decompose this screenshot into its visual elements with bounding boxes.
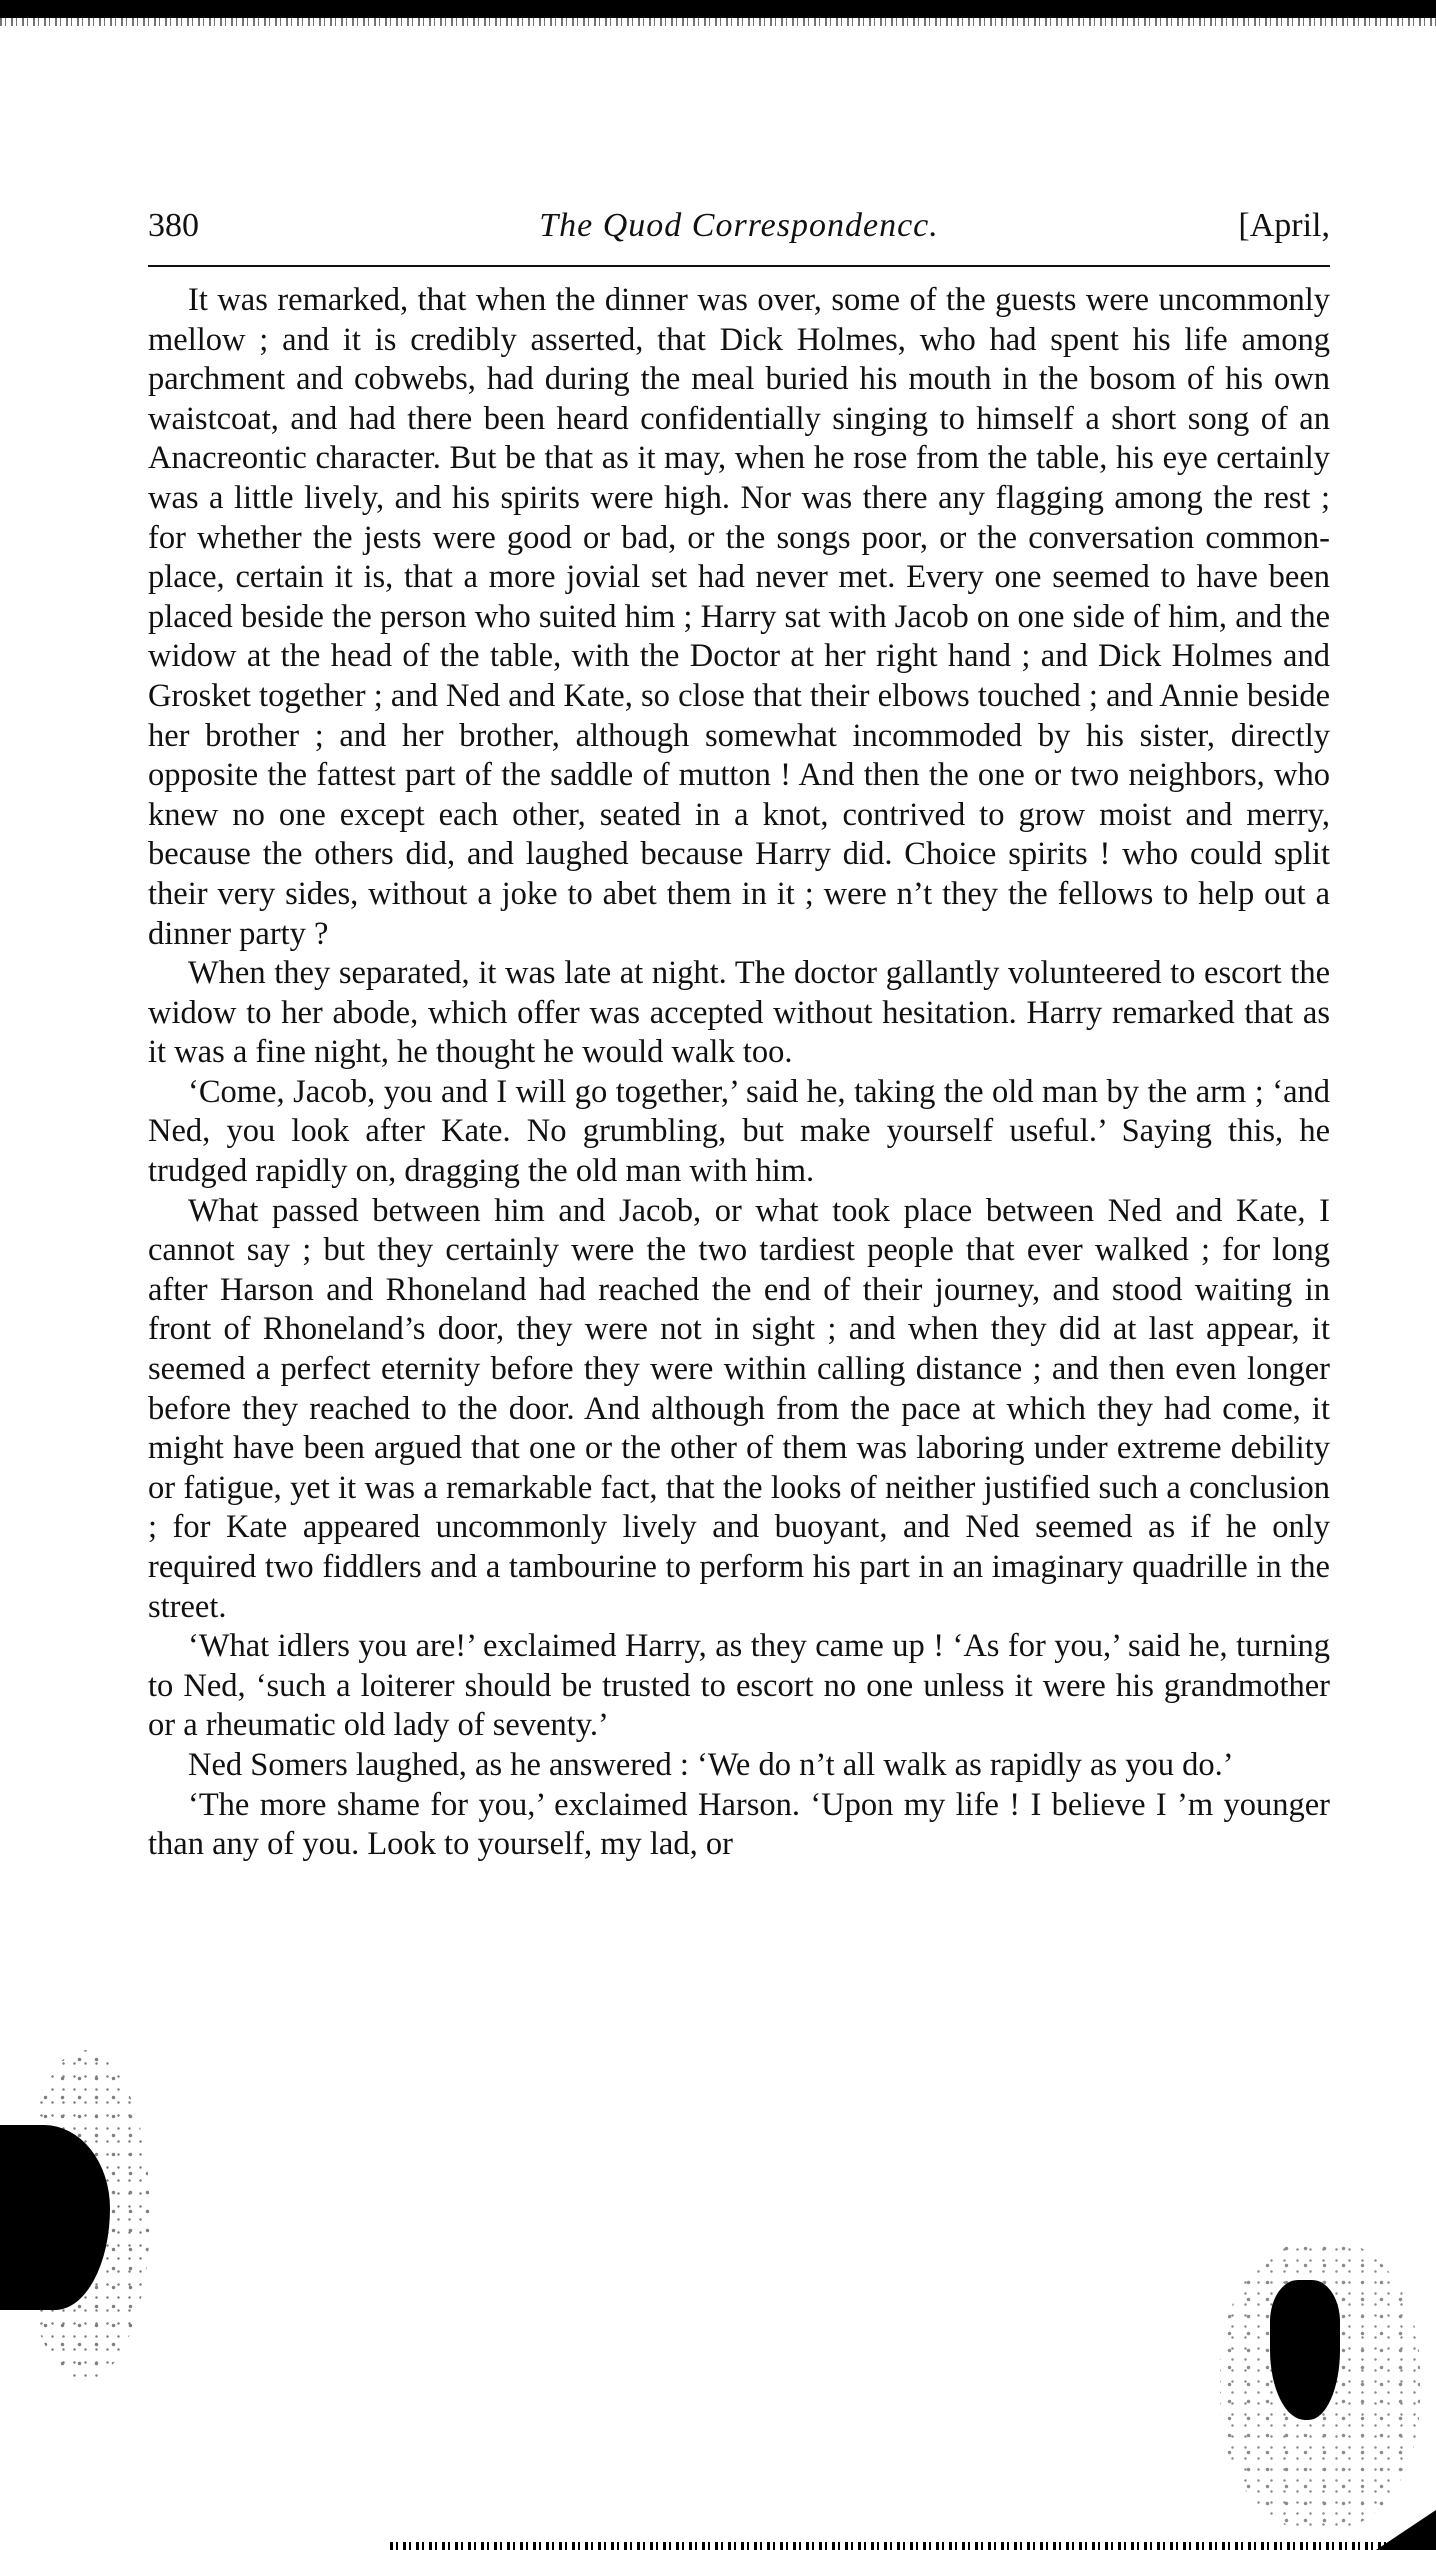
book-page: 380 The Quod Correspondencc. [April, It … xyxy=(148,205,1330,1865)
paragraph: It was remarked, that when the dinner wa… xyxy=(148,281,1330,954)
paragraph: ‘The more shame for you,’ exclaimed Hars… xyxy=(148,1786,1330,1865)
paragraph: ‘Come, Jacob, you and I will go together… xyxy=(148,1073,1330,1192)
running-title: The Quod Correspondencc. xyxy=(148,205,1330,247)
running-date: [April, xyxy=(1238,205,1330,247)
paragraph: Ned Somers laughed, as he answered : ‘We… xyxy=(148,1746,1330,1786)
scan-corner-bottom-right xyxy=(1376,2510,1436,2550)
paragraph: What passed between him and Jacob, or wh… xyxy=(148,1192,1330,1628)
paragraph: ‘What idlers you are!’ exclaimed Harry, … xyxy=(148,1627,1330,1746)
paragraph: When they separated, it was late at nigh… xyxy=(148,954,1330,1073)
body-text: It was remarked, that when the dinner wa… xyxy=(148,281,1330,1865)
ink-blot-right xyxy=(1270,2280,1340,2420)
scan-edge-top-fray xyxy=(0,16,1436,26)
scan-edge-bottom xyxy=(390,2542,1436,2550)
running-head: 380 The Quod Correspondencc. [April, xyxy=(148,205,1330,247)
header-rule xyxy=(148,265,1330,267)
